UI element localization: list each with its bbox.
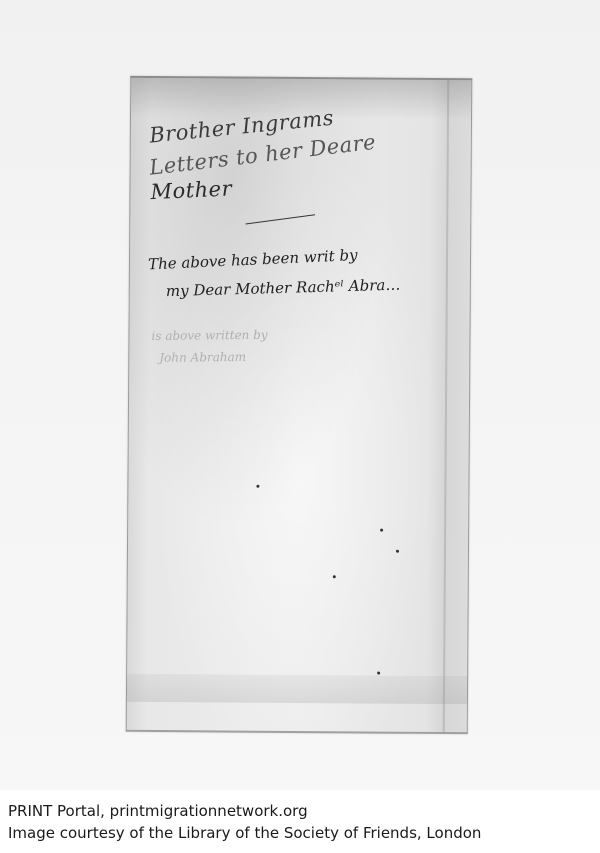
paper-speck	[377, 672, 380, 675]
scan-photo-area: Brother Ingrams Letters to her Deare Mot…	[0, 0, 600, 790]
faint-pencil-line-2: John Abraham	[159, 350, 246, 365]
paper-speck	[380, 529, 383, 532]
manuscript-sheet: Brother Ingrams Letters to her Deare Mot…	[126, 76, 473, 734]
paper-speck	[396, 550, 399, 553]
pen-underline-stroke	[246, 214, 316, 224]
faint-pencil-line-1: is above written by	[151, 328, 267, 343]
image-caption: PRINT Portal, printmigrationnetwork.org …	[8, 800, 481, 844]
caption-credit-line: Image courtesy of the Library of the Soc…	[8, 822, 481, 844]
paper-speck	[333, 575, 336, 578]
handwritten-title-line-3: Mother	[150, 176, 233, 204]
handwritten-note-line-2: my Dear Mother Rachᵉˡ Abra…	[166, 276, 401, 301]
handwritten-note-line-1: The above has been writ by	[148, 246, 358, 273]
caption-source-line: PRINT Portal, printmigrationnetwork.org	[8, 800, 481, 822]
sheet-fold-bottom	[127, 674, 467, 704]
sheet-fold-right	[443, 80, 450, 732]
paper-speck	[256, 485, 259, 488]
